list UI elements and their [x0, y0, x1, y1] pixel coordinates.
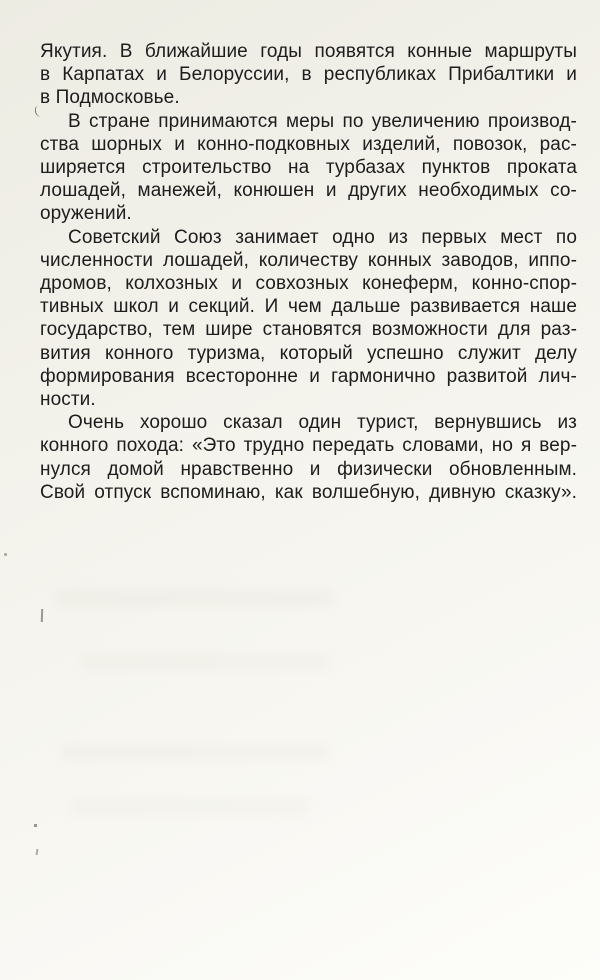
text-line: дромов, колхозных и совхозных конеферм, …: [40, 272, 577, 295]
page-showthrough: [55, 590, 335, 606]
text-line: государство, тем шире становятся возможн…: [40, 318, 577, 341]
text-line: в Подмосковье.: [40, 86, 577, 109]
text-line: конного похода: «Это трудно передать сло…: [40, 434, 577, 457]
text-line: лошадей, манежей, конюшен и других необх…: [40, 179, 577, 202]
page-showthrough: [60, 745, 330, 760]
scan-speck: [4, 553, 7, 556]
text-line: ности.: [40, 388, 577, 411]
text-line: Свой отпуск вспоминаю, как волшебную, ди…: [40, 481, 577, 504]
body-text: Якутия. В ближайшие годы появятся конные…: [40, 40, 577, 504]
page-showthrough: [80, 655, 330, 669]
text-line: численности лошадей, количеству конных з…: [40, 249, 577, 272]
text-line: Очень хорошо сказал один турист, вернувш…: [40, 411, 577, 434]
text-line: нулся домой нравственно и физически обно…: [40, 458, 577, 481]
text-line: Якутия. В ближайшие годы появятся конные…: [40, 40, 577, 63]
book-page: Якутия. В ближайшие годы появятся конные…: [0, 0, 600, 980]
text-line: в Карпатах и Белоруссии, в республиках П…: [40, 63, 577, 86]
text-line: оружений.: [40, 202, 577, 225]
text-line: ства шорных и конно-подковных изделий, п…: [40, 133, 577, 156]
page-showthrough: [70, 800, 310, 814]
text-line: В стране принимаются меры по увеличению …: [40, 110, 577, 133]
text-line: Советский Союз занимает одно из первых м…: [40, 226, 577, 249]
text-line: формирования всесторонне и гармонично ра…: [40, 365, 577, 388]
text-line: тивных школ и секций. И чем дальше разви…: [40, 295, 577, 318]
text-line: ширяется строительство на турбазах пункт…: [40, 156, 577, 179]
scan-speck: [34, 824, 37, 827]
text-line: вития конного туризма, который успешно с…: [40, 342, 577, 365]
scan-speck: [36, 849, 38, 855]
scan-speck: [41, 609, 43, 622]
